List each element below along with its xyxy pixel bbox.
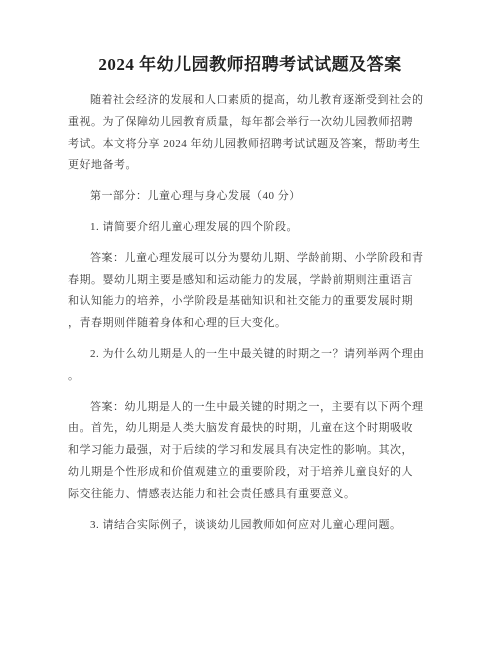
text-line: 答案：儿童心理发展可以分为婴幼儿期、学龄前期、小学阶段和青 [68, 248, 432, 270]
paragraph-question-3: 3. 请结合实际例子，谈谈幼儿园教师如何应对儿童心理问题。 [68, 515, 432, 537]
text-line: 。 [68, 366, 432, 388]
paragraph-section-1-heading: 第一部分：儿童心理与身心发展（40 分） [68, 186, 432, 208]
text-line: 春期。婴幼儿期主要是感知和运动能力的发展，学龄前期则注重语言 [68, 270, 432, 292]
text-line: 3. 请结合实际例子，谈谈幼儿园教师如何应对儿童心理问题。 [68, 515, 432, 537]
paragraph-intro: 随着社会经济的发展和人口素质的提高，幼儿教育逐渐受到社会的重视。为了保障幼儿园教… [68, 90, 432, 177]
text-line: 重视。为了保障幼儿园教育质量，每年都会举行一次幼儿园教师招聘 [68, 112, 432, 134]
paragraph-answer-1: 答案：儿童心理发展可以分为婴幼儿期、学龄前期、小学阶段和青春期。婴幼儿期主要是感… [68, 248, 432, 335]
document-page: 2024 年幼儿园教师招聘考试试题及答案 随着社会经济的发展和人口素质的提高，幼… [0, 0, 500, 647]
document-body: 随着社会经济的发展和人口素质的提高，幼儿教育逐渐受到社会的重视。为了保障幼儿园教… [68, 90, 432, 536]
paragraph-answer-2: 答案：幼儿期是人的一生中最关键的时期之一，主要有以下两个理由。首先，幼儿期是人类… [68, 397, 432, 506]
text-line: 和认知能力的培养，小学阶段是基础知识和社交能力的重要发展时期 [68, 291, 432, 313]
text-line: ，青春期则伴随着身体和心理的巨大变化。 [68, 313, 432, 335]
text-line: 和学习能力最强，对于后续的学习和发展具有决定性的影响。其次， [68, 440, 432, 462]
document-title: 2024 年幼儿园教师招聘考试试题及答案 [0, 52, 500, 78]
text-line: 随着社会经济的发展和人口素质的提高，幼儿教育逐渐受到社会的 [68, 90, 432, 112]
paragraph-question-1: 1. 请简要介绍儿童心理发展的四个阶段。 [68, 217, 432, 239]
paragraph-question-2: 2. 为什么幼儿期是人的一生中最关键的时期之一？请列举两个理由。 [68, 344, 432, 388]
text-line: 考试。本文将分享 2024 年幼儿园教师招聘考试试题及答案，帮助考生 [68, 134, 432, 156]
text-line: 更好地备考。 [68, 155, 432, 177]
text-line: 幼儿期是个性形成和价值观建立的重要阶段，对于培养儿童良好的人 [68, 462, 432, 484]
text-line: 际交往能力、情感表达能力和社会责任感具有重要意义。 [68, 484, 432, 506]
text-line: 1. 请简要介绍儿童心理发展的四个阶段。 [68, 217, 432, 239]
text-line: 由。首先，幼儿期是人类大脑发育最快的时期，儿童在这个时期吸收 [68, 418, 432, 440]
text-line: 第一部分：儿童心理与身心发展（40 分） [68, 186, 432, 208]
text-line: 答案：幼儿期是人的一生中最关键的时期之一，主要有以下两个理 [68, 397, 432, 419]
text-line: 2. 为什么幼儿期是人的一生中最关键的时期之一？请列举两个理由 [68, 344, 432, 366]
